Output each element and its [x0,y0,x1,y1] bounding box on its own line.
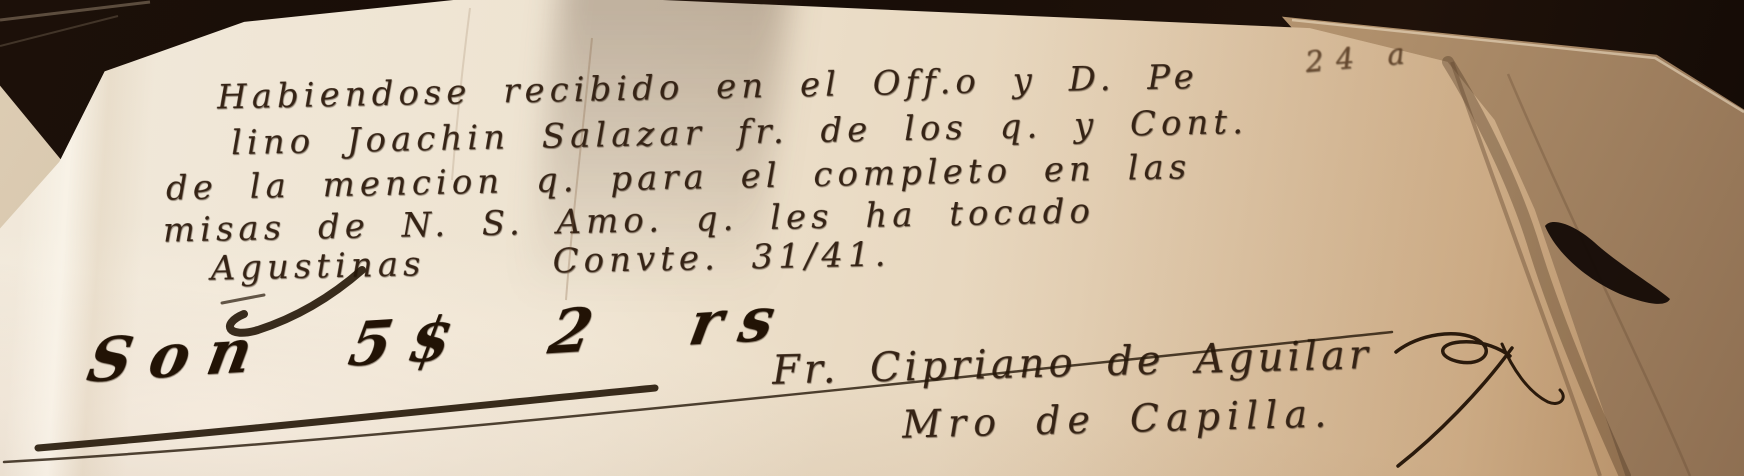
manuscript-photo: 24 a Habiendose recibido en el Off.o y D… [0,0,1744,476]
